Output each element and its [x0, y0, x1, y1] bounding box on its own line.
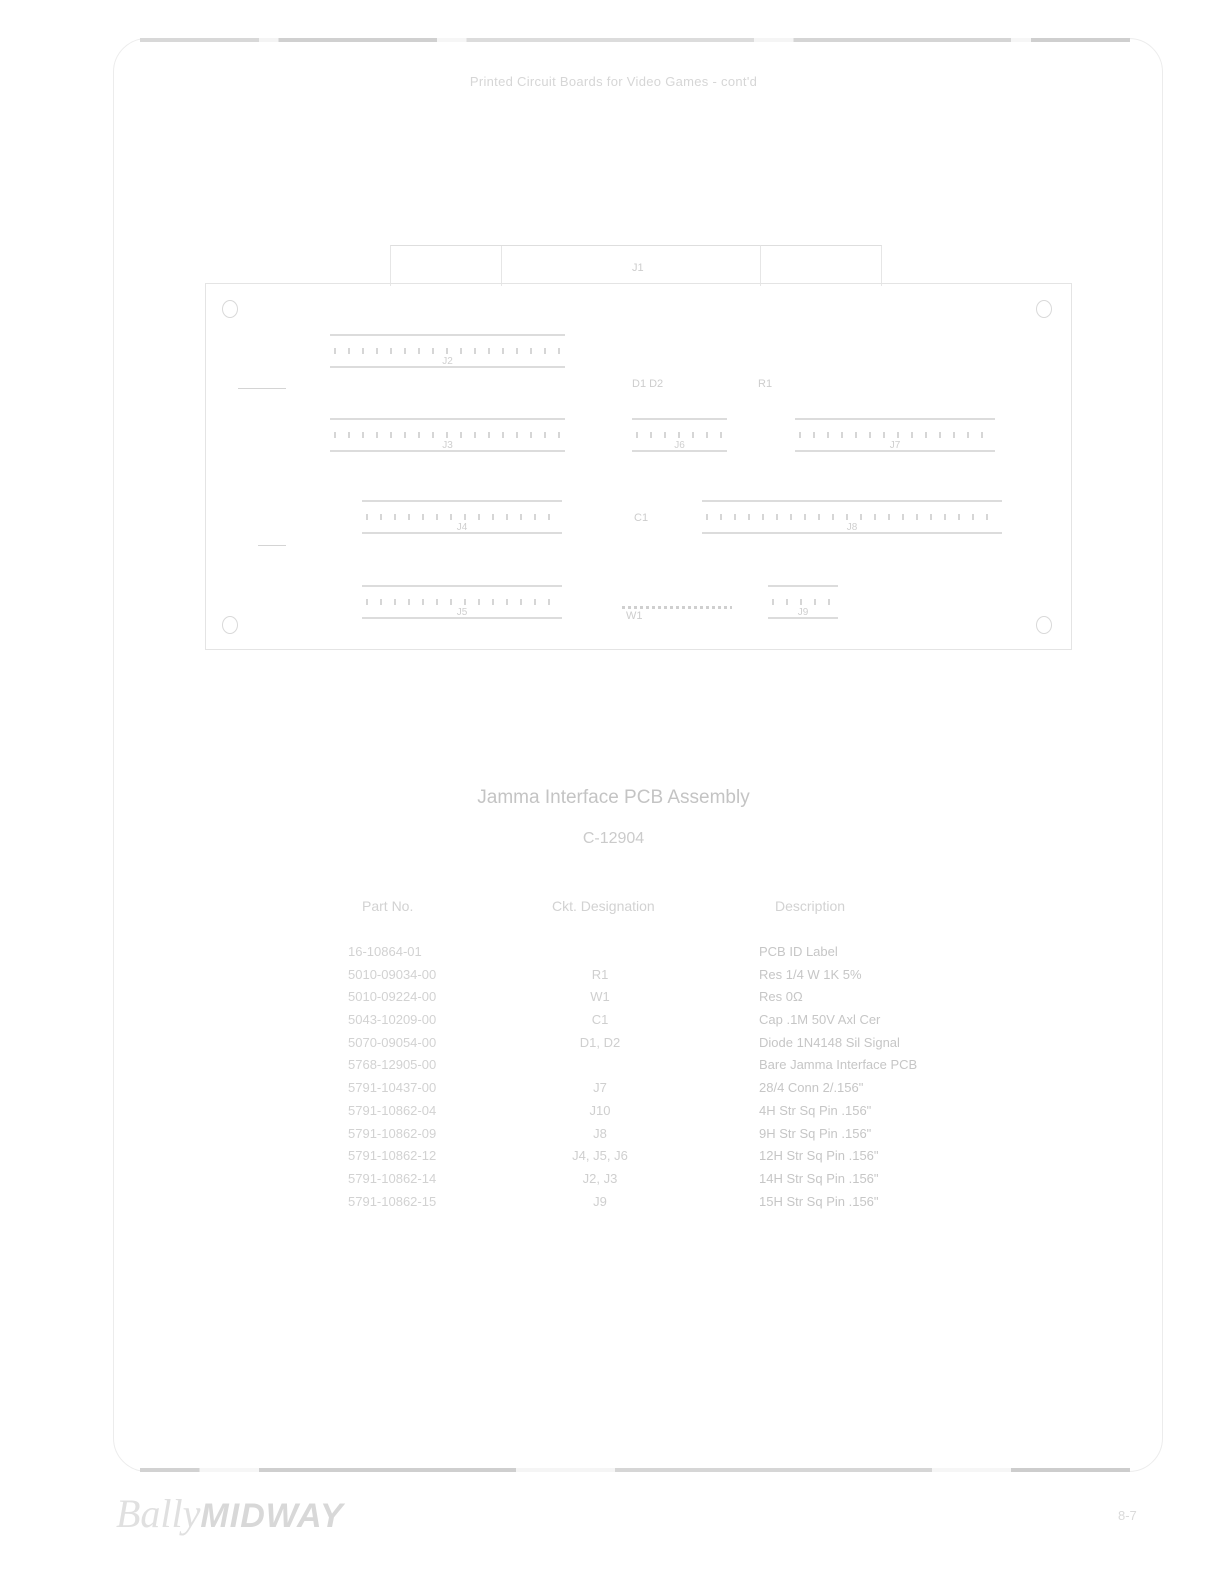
connector-j2: J2	[330, 334, 565, 368]
label-j5: J5	[457, 607, 468, 618]
label-w1: W1	[626, 610, 643, 622]
part-description: Res 0Ω	[759, 989, 803, 1004]
connector-j3: J3	[330, 418, 565, 452]
logo-script: Bally	[116, 1491, 200, 1536]
column-header-ckt: Ckt. Designation	[552, 898, 655, 914]
table-row: 5791-10862-09J89H Str Sq Pin .156"	[0, 1126, 1227, 1149]
label-r1: R1	[758, 378, 772, 390]
part-description: 28/4 Conn 2/.156"	[759, 1080, 863, 1095]
connector-pins	[366, 514, 558, 520]
resistor-array	[622, 606, 732, 609]
connector-j5: J5	[362, 585, 562, 619]
connector-j8: J8	[702, 500, 1002, 534]
mounting-hole	[1036, 616, 1052, 634]
part-description: 9H Str Sq Pin .156"	[759, 1126, 871, 1141]
circuit-designation: W1	[560, 989, 640, 1004]
board-edge-tab	[500, 245, 761, 286]
bally-midway-logo: BallyMIDWAY	[116, 1490, 344, 1537]
label-j9: J9	[798, 607, 809, 618]
connector-pins	[772, 599, 834, 605]
mounting-hole	[222, 616, 238, 634]
table-row: 5791-10862-14J2, J314H Str Sq Pin .156"	[0, 1171, 1227, 1194]
part-number: 5791-10862-09	[348, 1126, 436, 1141]
circuit-designation: J9	[560, 1194, 640, 1209]
connector-j4: J4	[362, 500, 562, 534]
circuit-designation: R1	[560, 967, 640, 982]
part-description: 14H Str Sq Pin .156"	[759, 1171, 879, 1186]
part-description: 15H Str Sq Pin .156"	[759, 1194, 879, 1209]
label-j6: J6	[674, 440, 685, 451]
part-description: Bare Jamma Interface PCB	[759, 1057, 917, 1072]
circuit-designation: C1	[560, 1012, 640, 1027]
connector-pins	[334, 432, 561, 438]
part-number: 5010-09224-00	[348, 989, 436, 1004]
label-j7: J7	[890, 440, 901, 451]
assembly-title: Jamma Interface PCB Assembly	[0, 787, 1227, 809]
label-d1-d2: D1 D2	[632, 378, 663, 390]
connector-pins	[799, 432, 991, 438]
scan-edge-bottom	[140, 1468, 1130, 1472]
table-row: 5791-10862-12J4, J5, J612H Str Sq Pin .1…	[0, 1148, 1227, 1171]
part-description: Diode 1N4148 Sil Signal	[759, 1035, 900, 1050]
board-mark	[258, 545, 286, 546]
circuit-designation: J10	[560, 1103, 640, 1118]
table-row: 16-10864-01PCB ID Label	[0, 944, 1227, 967]
board-edge-tab	[760, 245, 882, 286]
table-row: 5070-09054-00D1, D2Diode 1N4148 Sil Sign…	[0, 1035, 1227, 1058]
connector-j7: J7	[795, 418, 995, 452]
table-row: 5791-10862-15J915H Str Sq Pin .156"	[0, 1194, 1227, 1217]
table-row: 5768-12905-00Bare Jamma Interface PCB	[0, 1057, 1227, 1080]
connector-pins	[334, 348, 561, 354]
part-description: Res 1/4 W 1K 5%	[759, 967, 862, 982]
connector-pins	[366, 599, 558, 605]
part-number: 5070-09054-00	[348, 1035, 436, 1050]
label-j8: J8	[847, 522, 858, 533]
part-number: 5791-10862-14	[348, 1171, 436, 1186]
page-header: Printed Circuit Boards for Video Games -…	[0, 74, 1227, 89]
part-number: 5791-10437-00	[348, 1080, 436, 1095]
part-number: 5791-10862-12	[348, 1148, 436, 1163]
label-j4: J4	[457, 522, 468, 533]
part-description: PCB ID Label	[759, 944, 838, 959]
part-description: Cap .1M 50V Axl Cer	[759, 1012, 880, 1027]
table-row: 5791-10862-04J104H Str Sq Pin .156"	[0, 1103, 1227, 1126]
part-description: 12H Str Sq Pin .156"	[759, 1148, 879, 1163]
label-j3: J3	[442, 440, 453, 451]
connector-j6: J6	[632, 418, 727, 452]
scan-edge-top	[140, 38, 1130, 42]
column-header-desc: Description	[775, 898, 845, 914]
page-number: 8-7	[1118, 1508, 1137, 1523]
part-number: 5768-12905-00	[348, 1057, 436, 1072]
part-number: 16-10864-01	[348, 944, 422, 959]
part-number: 5791-10862-15	[348, 1194, 436, 1209]
table-row: 5010-09224-00W1Res 0Ω	[0, 989, 1227, 1012]
logo-word: MIDWAY	[200, 1497, 343, 1535]
mounting-hole	[1036, 300, 1052, 318]
label-j1: J1	[632, 262, 644, 274]
connector-pins	[706, 514, 998, 520]
circuit-designation: D1, D2	[560, 1035, 640, 1050]
assembly-number: C-12904	[0, 830, 1227, 848]
part-number: 5010-09034-00	[348, 967, 436, 982]
table-row: 5791-10437-00J728/4 Conn 2/.156"	[0, 1080, 1227, 1103]
circuit-designation: J2, J3	[560, 1171, 640, 1186]
part-description: 4H Str Sq Pin .156"	[759, 1103, 871, 1118]
mounting-hole	[222, 300, 238, 318]
board-edge-tab	[390, 245, 502, 286]
board-mark	[238, 388, 286, 389]
part-number: 5791-10862-04	[348, 1103, 436, 1118]
circuit-designation: J4, J5, J6	[560, 1148, 640, 1163]
circuit-designation: J8	[560, 1126, 640, 1141]
column-header-part: Part No.	[362, 898, 413, 914]
table-row: 5043-10209-00C1Cap .1M 50V Axl Cer	[0, 1012, 1227, 1035]
part-number: 5043-10209-00	[348, 1012, 436, 1027]
table-body: 16-10864-01PCB ID Label5010-09034-00R1Re…	[0, 944, 1227, 1216]
table-row: 5010-09034-00R1Res 1/4 W 1K 5%	[0, 967, 1227, 990]
label-c1: C1	[634, 512, 648, 524]
connector-j10: J9	[768, 585, 838, 619]
circuit-designation: J7	[560, 1080, 640, 1095]
connector-pins	[636, 432, 723, 438]
label-j2: J2	[442, 356, 453, 367]
